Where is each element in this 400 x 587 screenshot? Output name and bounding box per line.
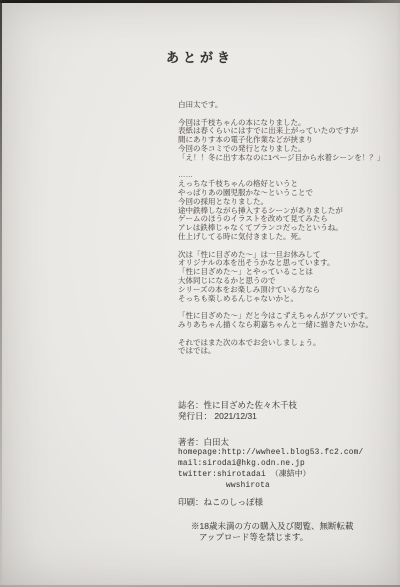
colophon-author: 著者：白田太 homepage:http://wwheel.blog53.fc2…: [178, 437, 363, 492]
colophon-printer: 印刷：ねこのしっぽ様: [178, 497, 263, 508]
colophon-title-date: 誌名：性に目ざめた佐々木千枝 発行日： 2021/12/31: [178, 400, 297, 422]
scan-left-edge: [0, 0, 2, 587]
mail-line: mail:sirodai@hkg.odn.ne.jp: [178, 459, 363, 470]
afterword-page: あとがき 白田太です。 今回は千枝ちゃんの本になりました。表紙は春くらいにはすで…: [0, 0, 400, 587]
notice-line-1: ※18歳未満の方の購入及び閲覧、無断転載: [191, 521, 353, 532]
body-line: ではでは。: [178, 347, 378, 356]
page-title: あとがき: [0, 47, 400, 66]
afterword-body: 白田太です。 今回は千枝ちゃんの本になりました。表紙は春くらいにはすでに出来上が…: [178, 101, 378, 356]
notice-line-2: アップロード等を禁じます。: [191, 532, 353, 543]
twitter-alt-line: wwshirota: [178, 481, 363, 492]
twitter-line: twitter:shirotadai （凍結中）: [178, 470, 363, 481]
scan-top-edge: [0, 0, 400, 3]
body-line: そっちも楽しめるんじゃないかと。: [178, 295, 378, 304]
publish-date-line: 発行日： 2021/12/31: [178, 411, 297, 422]
body-line: 白田太です。: [178, 101, 378, 110]
author-line: 著者：白田太: [178, 437, 363, 448]
body-line: [178, 163, 378, 172]
body-line: 仕上げしてる時に気付きました。死。: [178, 233, 378, 242]
printer-line: 印刷：ねこのしっぽ様: [178, 497, 263, 508]
body-line: 「え！！冬に出す本なのに1ページ目から水着シーンを！？」: [178, 154, 378, 163]
age-notice: ※18歳未満の方の購入及び閲覧、無断転載 アップロード等を禁じます。: [191, 521, 353, 543]
body-line: みりあちゃん描くなら莉嘉ちゃんと一緒に描きたいかな。: [178, 321, 378, 330]
book-title-line: 誌名：性に目ざめた佐々木千枝: [178, 400, 297, 411]
homepage-line: homepage:http://wwheel.blog53.fc2.com/: [178, 448, 363, 459]
